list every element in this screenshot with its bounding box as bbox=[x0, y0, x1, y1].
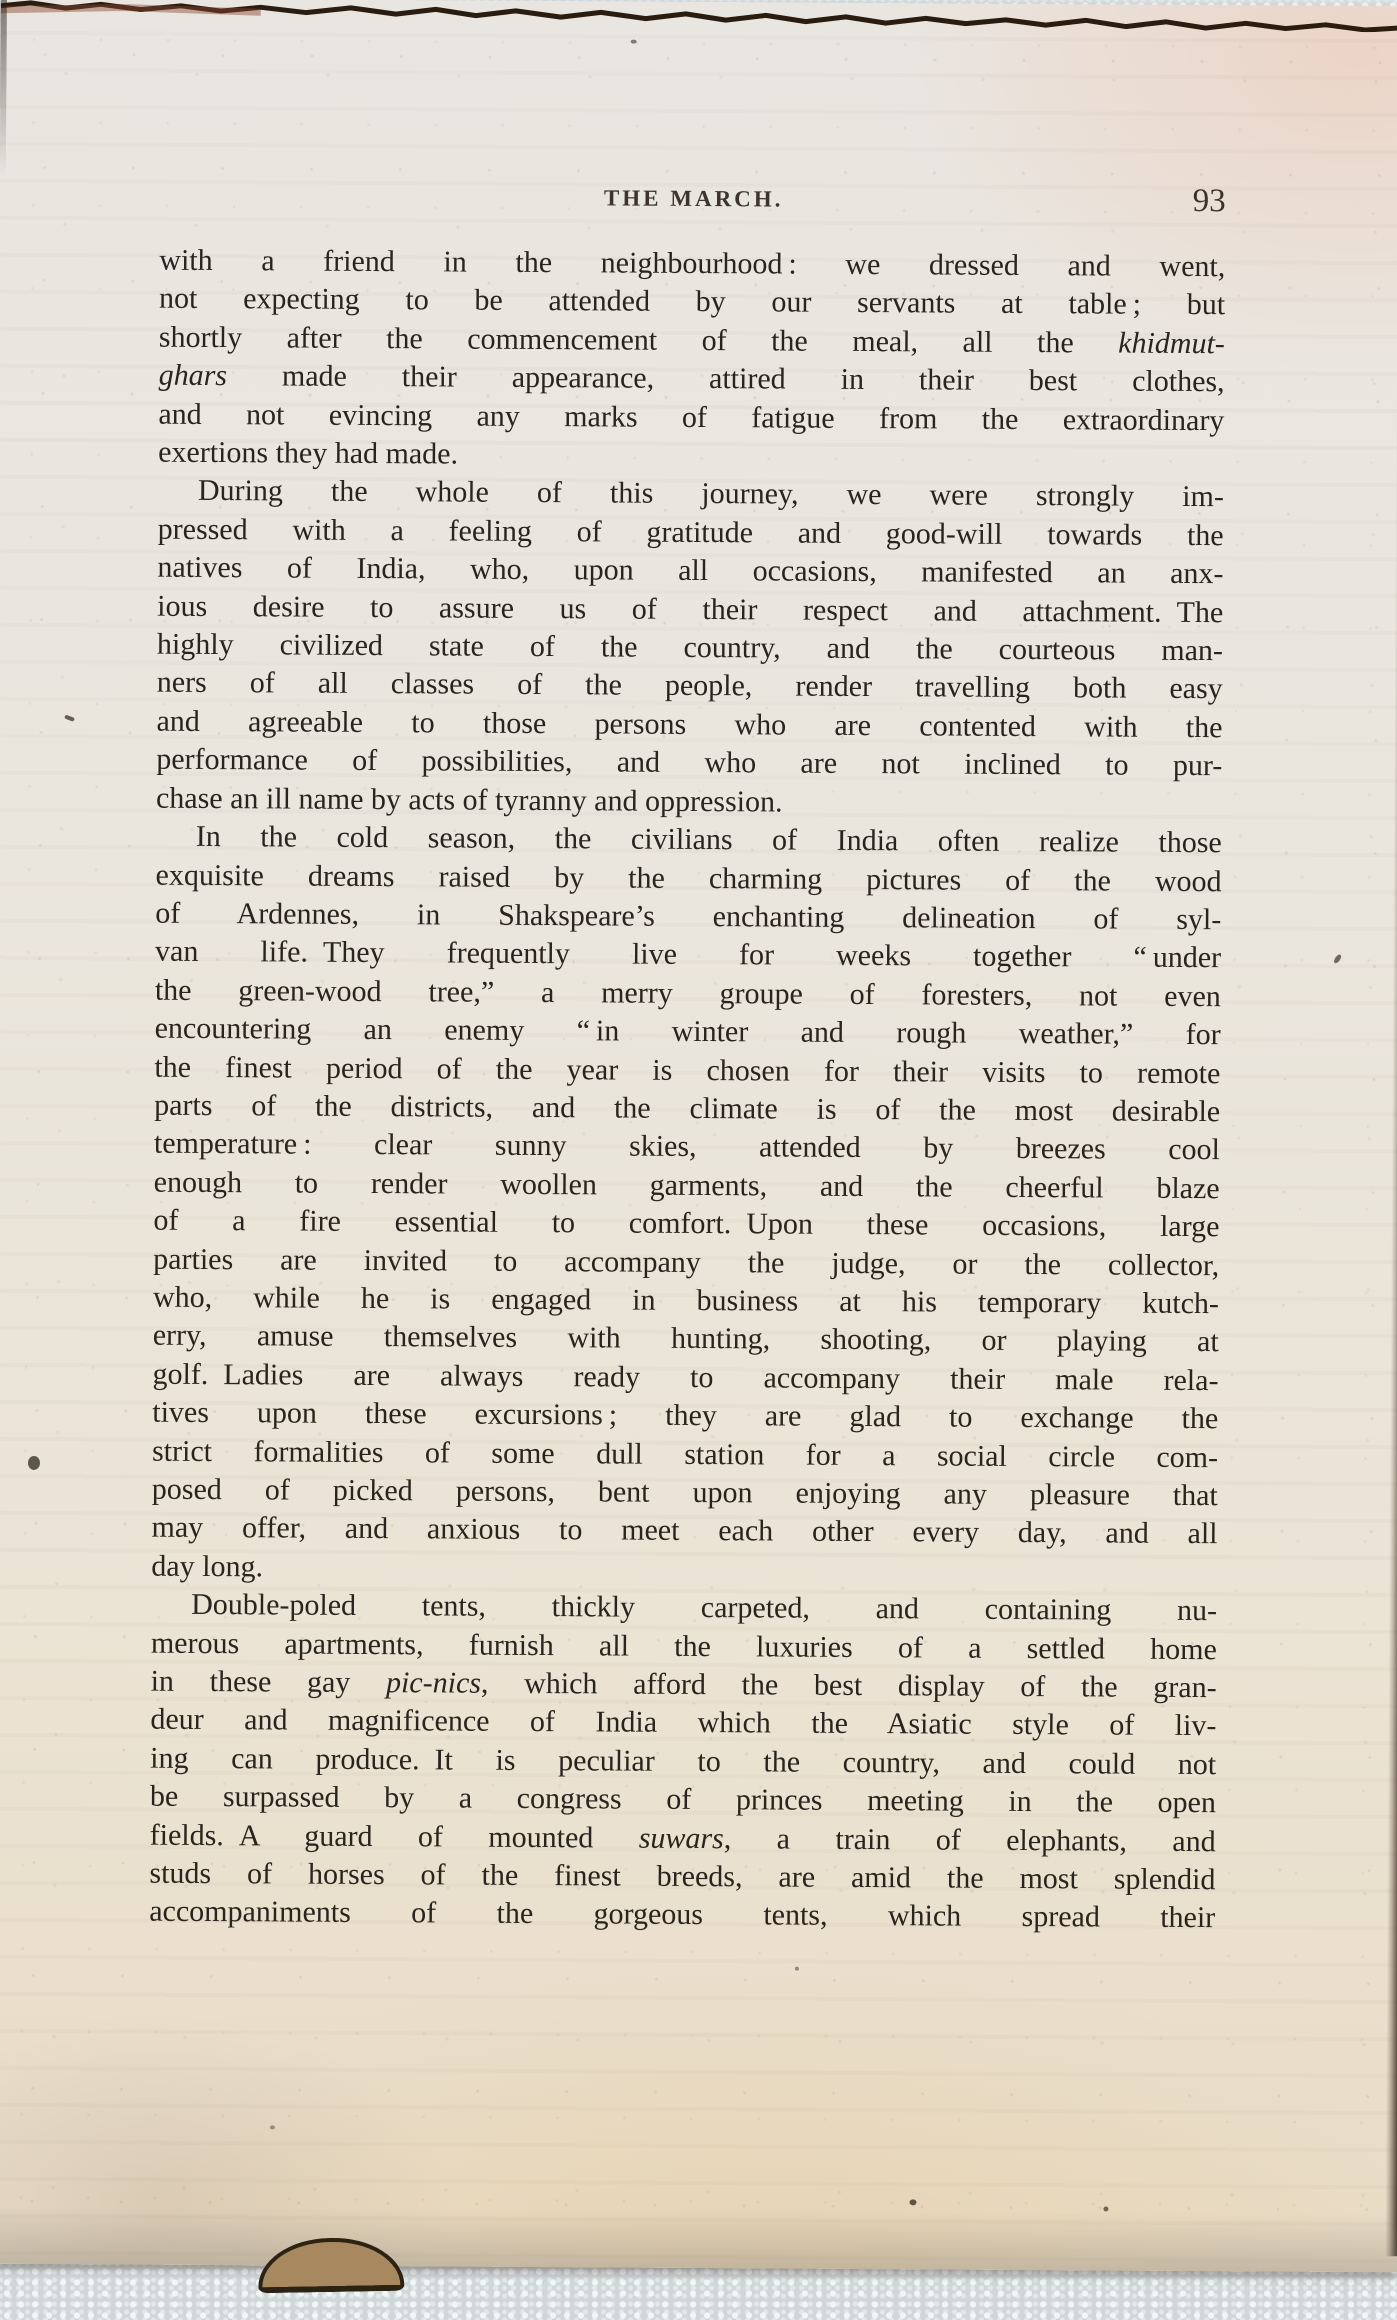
ink-speck bbox=[909, 2199, 916, 2205]
text-line: natives of India, who, upon all occasion… bbox=[157, 549, 1223, 594]
text-line: merous apartments, furnish all the luxur… bbox=[151, 1624, 1217, 1669]
text-line: erry, amuse themselves with hunting, sho… bbox=[153, 1317, 1219, 1362]
book-spine-shadow bbox=[1385, 326, 1397, 2256]
text-line: ners of all classes of the people, rende… bbox=[157, 664, 1223, 709]
text-line: temperature : clear sunny skies, attende… bbox=[154, 1125, 1220, 1170]
page-title: THE MARCH. bbox=[160, 183, 1228, 216]
text-line: During the whole of this journey, we wer… bbox=[158, 472, 1224, 517]
text-line: and agreeable to those persons who are c… bbox=[156, 703, 1222, 748]
text-line: shortly after the commencement of the me… bbox=[159, 318, 1225, 363]
paragraph: In the cold season, the civilians of Ind… bbox=[151, 818, 1222, 1593]
text-line: the green-wood tree,” a merry groupe of … bbox=[155, 971, 1221, 1016]
text-line: enough to render woollen garments, and t… bbox=[154, 1163, 1220, 1208]
page-text: with a friend in the neighbourhood : we … bbox=[149, 242, 1225, 1938]
text-line: In the cold season, the civilians of Ind… bbox=[156, 818, 1222, 863]
book-page: THE MARCH. 93 with a friend in the neigh… bbox=[0, 0, 1397, 2272]
page-left-edge-shadow bbox=[0, 0, 7, 178]
text-line: who, while he is engaged in business at … bbox=[153, 1279, 1219, 1324]
ink-speck bbox=[1333, 953, 1343, 964]
italic-term: khidmut- bbox=[1118, 326, 1225, 360]
paragraph: During the whole of this journey, we wer… bbox=[156, 472, 1224, 824]
text-line: the finest period of the year is chosen … bbox=[154, 1048, 1220, 1093]
text-line: tives upon these excursions ; they are g… bbox=[152, 1394, 1218, 1439]
text-line: accompaniments of the gorgeous tents, wh… bbox=[149, 1893, 1215, 1938]
text-line: golf. Ladies are always ready to accompa… bbox=[152, 1355, 1218, 1400]
text-line: chase an ill name by acts of tyranny and… bbox=[156, 779, 1222, 824]
italic-term: suwars bbox=[639, 1821, 724, 1855]
ink-speck bbox=[795, 1967, 799, 1971]
photo-of-book-page: { "page": { "header": { "title": "THE MA… bbox=[0, 0, 1397, 2320]
text-line: ing can produce. It is peculiar to the c… bbox=[150, 1740, 1216, 1785]
text-line: of a fire essential to comfort. Upon the… bbox=[153, 1202, 1219, 1247]
text-line: Double-poled tents, thickly carpeted, an… bbox=[151, 1586, 1217, 1631]
text-line: ious desire to assure us of their respec… bbox=[157, 587, 1223, 632]
paragraph: with a friend in the neighbourhood : we … bbox=[158, 242, 1225, 479]
text-line: performance of possibilities, and who ar… bbox=[156, 741, 1222, 786]
ink-speck bbox=[1103, 2206, 1108, 2211]
italic-term: pic-nics bbox=[386, 1666, 481, 1700]
text-line: deur and magnificence of India which the… bbox=[150, 1701, 1216, 1746]
text-line: van life. They frequently live for weeks… bbox=[155, 933, 1221, 978]
running-header: THE MARCH. 93 bbox=[160, 177, 1228, 224]
text-line: parties are invited to accompany the jud… bbox=[153, 1240, 1219, 1285]
ink-speck bbox=[28, 1456, 40, 1470]
text-line: not expecting to be attended by our serv… bbox=[159, 280, 1225, 325]
text-line: encountering an enemy “ in winter and ro… bbox=[155, 1010, 1221, 1055]
text-line: exertions they had made. bbox=[158, 434, 1224, 479]
text-line: posed of picked persons, bent upon enjoy… bbox=[152, 1471, 1218, 1516]
text-line: pressed with a feeling of gratitude and … bbox=[158, 511, 1224, 556]
page-number: 93 bbox=[1193, 183, 1226, 220]
italic-term: ghars bbox=[159, 359, 228, 392]
text-line: and not evincing any marks of fatigue fr… bbox=[158, 395, 1224, 440]
text-line: day long. bbox=[151, 1547, 1217, 1592]
torn-paper-edge bbox=[1, 0, 1397, 32]
text-line: strict formalities of some dull station … bbox=[152, 1432, 1218, 1477]
text-line: exquisite dreams raised by the charming … bbox=[155, 856, 1221, 901]
text-line: parts of the districts, and the climate … bbox=[154, 1087, 1220, 1132]
text-line: with a friend in the neighbourhood : we … bbox=[159, 242, 1225, 287]
text-line: studs of horses of the finest breeds, ar… bbox=[149, 1855, 1215, 1900]
text-line: fields. A guard of mounted suwars, a tra… bbox=[150, 1816, 1216, 1861]
ink-speck bbox=[631, 40, 637, 44]
text-line: ghars made their appearance, attired in … bbox=[159, 357, 1225, 402]
text-line: in these gay pic-nics, which afford the … bbox=[151, 1663, 1217, 1708]
text-line: may offer, and anxious to meet each othe… bbox=[151, 1509, 1217, 1554]
text-line: of Ardennes, in Shakspeare’s enchanting … bbox=[155, 895, 1221, 940]
text-line: highly civilized state of the country, a… bbox=[157, 626, 1223, 671]
ink-speck bbox=[270, 2125, 275, 2129]
paragraph: Double-poled tents, thickly carpeted, an… bbox=[149, 1586, 1217, 1938]
text-line: be surpassed by a congress of princes me… bbox=[150, 1778, 1216, 1823]
ink-speck bbox=[64, 715, 75, 722]
